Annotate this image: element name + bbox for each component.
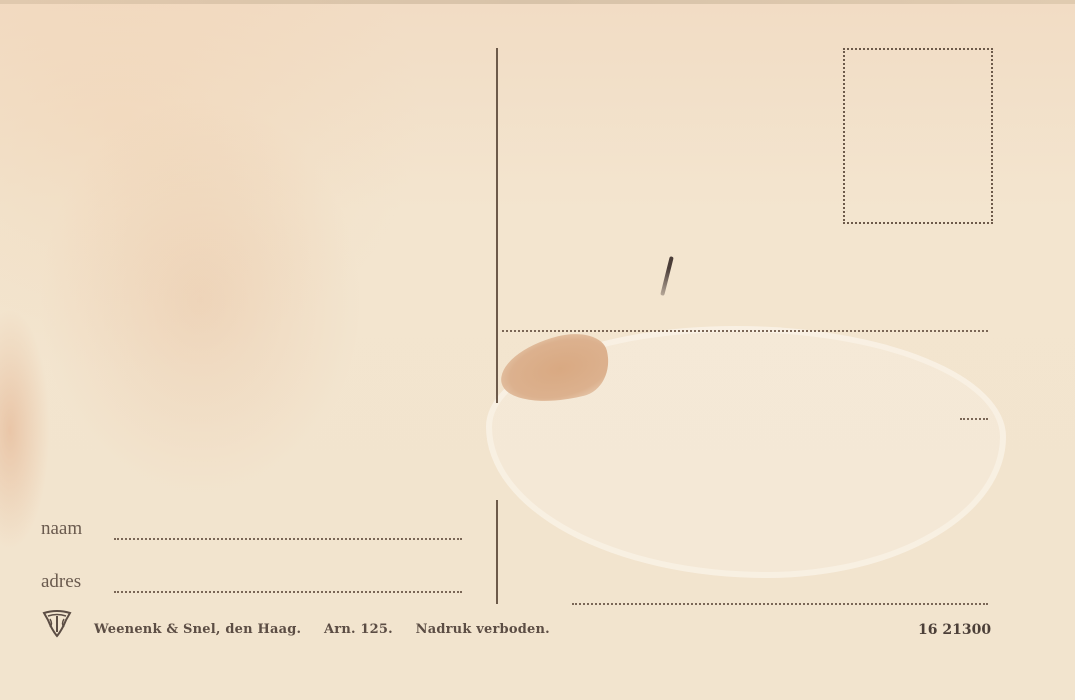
copyright-notice: Nadruk verboden. xyxy=(416,622,550,637)
ink-mark xyxy=(660,256,674,296)
address-line-3 xyxy=(572,603,988,605)
serial-number: 16 21300 xyxy=(918,622,991,638)
publisher-name: Weenenk & Snel, den Haag. xyxy=(94,622,301,637)
publisher-monogram-icon xyxy=(42,610,72,638)
series-number: Arn. 125. xyxy=(324,622,393,637)
sender-name-label: naam xyxy=(41,518,82,540)
sender-address-label: adres xyxy=(41,571,81,593)
stamp-box xyxy=(843,48,993,224)
sender-address-line xyxy=(114,591,462,593)
publisher-imprint: Weenenk & Snel, den Haag. Arn. 125. Nadr… xyxy=(94,622,568,637)
card-top-edge xyxy=(0,0,1075,4)
center-divider-bottom xyxy=(496,500,498,604)
sender-name-line xyxy=(114,538,462,540)
postcard-back: naam adres Weenenk & Snel, den Haag. Arn… xyxy=(0,0,1075,700)
center-divider-top xyxy=(496,48,498,403)
address-line-1 xyxy=(502,330,988,332)
address-line-2 xyxy=(960,418,988,420)
publisher-footer: Weenenk & Snel, den Haag. Arn. 125. Nadr… xyxy=(42,610,568,638)
